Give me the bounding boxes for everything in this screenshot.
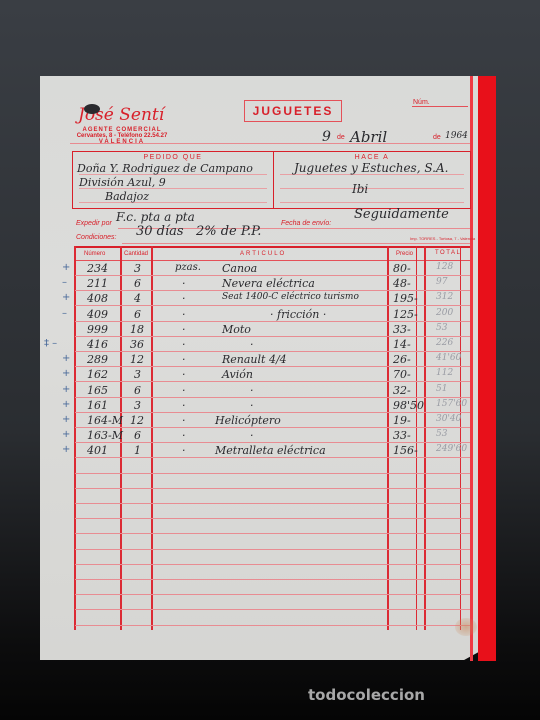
- row-total: 200: [436, 308, 453, 318]
- row-numero: 416: [87, 338, 108, 351]
- row-articulo: Seat 1400-C eléctrico turismo: [222, 292, 359, 302]
- ruled-line: [75, 518, 470, 519]
- ink-blot: [84, 104, 100, 114]
- row-numero: 162: [87, 368, 108, 381]
- row-prefix: ·: [182, 429, 186, 442]
- row-precio: 156-: [393, 444, 418, 457]
- condiciones-label: Condiciones:: [76, 234, 116, 241]
- red-edge-strip: [478, 76, 496, 661]
- row-check-mark: ‡ –: [44, 338, 57, 349]
- row-numero: 999: [87, 323, 108, 336]
- date-day: 9: [322, 129, 331, 145]
- expedir-value: F.c. pta a pta: [116, 210, 195, 224]
- row-total: 226: [436, 338, 453, 348]
- row-prefix: ·: [182, 323, 186, 336]
- row-total: 157'60: [436, 399, 467, 409]
- ruled-line: [75, 609, 470, 610]
- table-top-border: [74, 246, 470, 248]
- header-articulo: ARTICULO: [240, 251, 286, 257]
- row-numero: 409: [87, 308, 108, 321]
- row-cantidad: 4: [134, 292, 141, 305]
- ruled-line: [75, 275, 470, 276]
- letterhead-city: VALENCIA: [62, 139, 182, 145]
- row-precio: 33-: [393, 323, 411, 336]
- row-cantidad: 6: [134, 384, 141, 397]
- fecha-envio-value: Seguidamente: [354, 207, 449, 222]
- ruled-line: [75, 442, 470, 443]
- row-precio: 125-: [393, 308, 418, 321]
- ruled-line: [75, 381, 470, 382]
- ruled-line: [75, 351, 470, 352]
- hace-line-2: Ibi: [352, 182, 368, 196]
- row-check-mark: +: [62, 399, 70, 410]
- row-prefix: ·: [182, 277, 186, 290]
- row-total: 53: [436, 323, 447, 333]
- col-divider-cantidad: [151, 246, 153, 630]
- row-check-mark: +: [62, 429, 70, 440]
- ruled-line: [75, 503, 470, 504]
- row-articulo: Canoa: [222, 262, 257, 275]
- row-precio: 98'50: [393, 399, 424, 412]
- pedido-line-3: Badajoz: [105, 190, 149, 203]
- watermark: todocoleccion: [308, 686, 425, 704]
- ruled-line: [75, 336, 470, 337]
- col-divider-left: [74, 246, 76, 630]
- date-month: Abril: [350, 128, 387, 146]
- pedido-header: PEDIDO QUE: [73, 154, 273, 161]
- ruled-line: [75, 473, 470, 474]
- row-articulo: ·: [250, 429, 254, 442]
- row-prefix: ·: [182, 292, 186, 305]
- pedido-line-2: División Azul, 9: [79, 176, 166, 189]
- number-field-line: [412, 106, 468, 107]
- row-numero: 163-M: [87, 429, 123, 442]
- hace-line-1: Juguetes y Estuches, S.A.: [294, 161, 448, 175]
- row-cantidad: 1: [134, 444, 141, 457]
- fecha-envio-label: Fecha de envío:: [281, 220, 331, 227]
- row-cantidad: 12: [130, 353, 144, 366]
- row-total: 97: [436, 277, 447, 287]
- ruled-line: [75, 579, 470, 580]
- ruled-line: [75, 321, 470, 322]
- ruled-line: [75, 457, 470, 458]
- row-cantidad: 3: [134, 368, 141, 381]
- table-header-border: [74, 260, 470, 261]
- printer-note: Imp. TORRES - Tortosa, 7 - Valencia: [410, 236, 475, 241]
- ruled-line: [75, 594, 470, 595]
- row-prefix: ·: [182, 399, 186, 412]
- row-precio: 80-: [393, 262, 411, 275]
- row-precio: 70-: [393, 368, 411, 381]
- row-check-mark: +: [62, 414, 70, 425]
- row-articulo: Nevera eléctrica: [222, 277, 315, 290]
- row-check-mark: +: [62, 384, 70, 395]
- row-prefix: ·: [182, 353, 186, 366]
- row-prefix: ·: [182, 384, 186, 397]
- ruled-line: [75, 397, 470, 398]
- date-year: 1964: [445, 131, 468, 141]
- ruled-line: [75, 625, 470, 626]
- ruled-line: [75, 412, 470, 413]
- row-cantidad: 6: [134, 429, 141, 442]
- row-numero: 401: [87, 444, 108, 457]
- row-numero: 161: [87, 399, 108, 412]
- row-cantidad: 36: [130, 338, 144, 351]
- header-numero: Número: [84, 251, 105, 257]
- row-prefix: ·: [182, 444, 186, 457]
- row-check-mark: +: [62, 444, 70, 455]
- ruled-line: [75, 549, 470, 550]
- row-cantidad: 12: [130, 414, 144, 427]
- row-check-mark: –: [62, 277, 67, 288]
- row-articulo: Helicóptero: [215, 414, 281, 427]
- row-check-mark: +: [62, 262, 70, 273]
- row-prefix: pzas.: [175, 262, 201, 273]
- ruled-line: [75, 305, 470, 306]
- row-numero: 408: [87, 292, 108, 305]
- date-de-2: de: [433, 134, 441, 141]
- pedido-box: PEDIDO QUE Doña Y. Rodriguez de Campano …: [72, 151, 274, 209]
- condiciones-line: [122, 243, 470, 244]
- row-check-mark: +: [62, 292, 70, 303]
- row-precio: 33-: [393, 429, 411, 442]
- row-prefix: ·: [182, 414, 186, 427]
- row-articulo: ·: [250, 399, 254, 412]
- condiciones-value: 30 días 2% de P.P.: [136, 224, 261, 239]
- row-numero: 164-M: [87, 414, 123, 427]
- row-articulo: Metralleta eléctrica: [215, 444, 326, 457]
- stain: [455, 618, 477, 636]
- expedir-label: Expedir por: [76, 220, 112, 227]
- row-precio: 19-: [393, 414, 411, 427]
- row-prefix: ·: [182, 368, 186, 381]
- row-prefix: ·: [182, 338, 186, 351]
- row-total: 128: [436, 262, 453, 272]
- hace-box: HACE A Juguetes y Estuches, S.A. Ibi: [273, 151, 471, 209]
- col-divider-precio: [424, 246, 426, 630]
- row-precio: 195-: [393, 292, 418, 305]
- row-precio: 32-: [393, 384, 411, 397]
- row-numero: 234: [87, 262, 108, 275]
- header-cantidad: Cantidad: [124, 251, 148, 257]
- ruled-line: [75, 533, 470, 534]
- header-precio: Precio: [396, 251, 413, 257]
- row-total: 312: [436, 292, 453, 302]
- row-numero: 165: [87, 384, 108, 397]
- row-prefix: ·: [182, 308, 186, 321]
- row-check-mark: –: [62, 308, 67, 319]
- row-precio: 48-: [393, 277, 411, 290]
- row-cantidad: 18: [130, 323, 144, 336]
- ruled-line: [75, 488, 470, 489]
- row-articulo: · fricción ·: [270, 308, 326, 321]
- row-articulo: Renault 4/4: [222, 353, 287, 366]
- row-articulo: Moto: [222, 323, 251, 336]
- row-cantidad: 3: [134, 399, 141, 412]
- date-de-1: de: [337, 134, 345, 141]
- row-articulo: ·: [250, 338, 254, 351]
- row-cantidad: 6: [134, 277, 141, 290]
- row-total: 41'60: [436, 353, 461, 363]
- row-precio: 26-: [393, 353, 411, 366]
- pedido-line-1: Doña Y. Rodriguez de Campano: [77, 162, 253, 175]
- row-numero: 289: [87, 353, 108, 366]
- header-total: TOTAL: [435, 250, 461, 256]
- row-check-mark: +: [62, 353, 70, 364]
- row-precio: 14-: [393, 338, 411, 351]
- col-divider-articulo: [387, 246, 389, 630]
- form-title: JUGUETES: [244, 100, 342, 122]
- row-cantidad: 3: [134, 262, 141, 275]
- ruled-line: [75, 427, 470, 428]
- row-total: 249'60: [436, 444, 467, 454]
- row-articulo: Avión: [222, 368, 253, 381]
- row-total: 112: [436, 368, 453, 378]
- row-cantidad: 6: [134, 308, 141, 321]
- row-articulo: ·: [250, 384, 254, 397]
- number-label: Núm.: [413, 99, 430, 106]
- row-total: 53: [436, 429, 447, 439]
- row-numero: 211: [87, 277, 108, 290]
- hace-header: HACE A: [274, 154, 470, 161]
- row-total: 51: [436, 384, 447, 394]
- row-check-mark: +: [62, 368, 70, 379]
- col-divider-total-cents: [460, 246, 461, 630]
- date-line: [70, 143, 470, 144]
- ruled-line: [75, 564, 470, 565]
- ruled-line: [75, 366, 470, 367]
- row-total: 30'40: [436, 414, 461, 424]
